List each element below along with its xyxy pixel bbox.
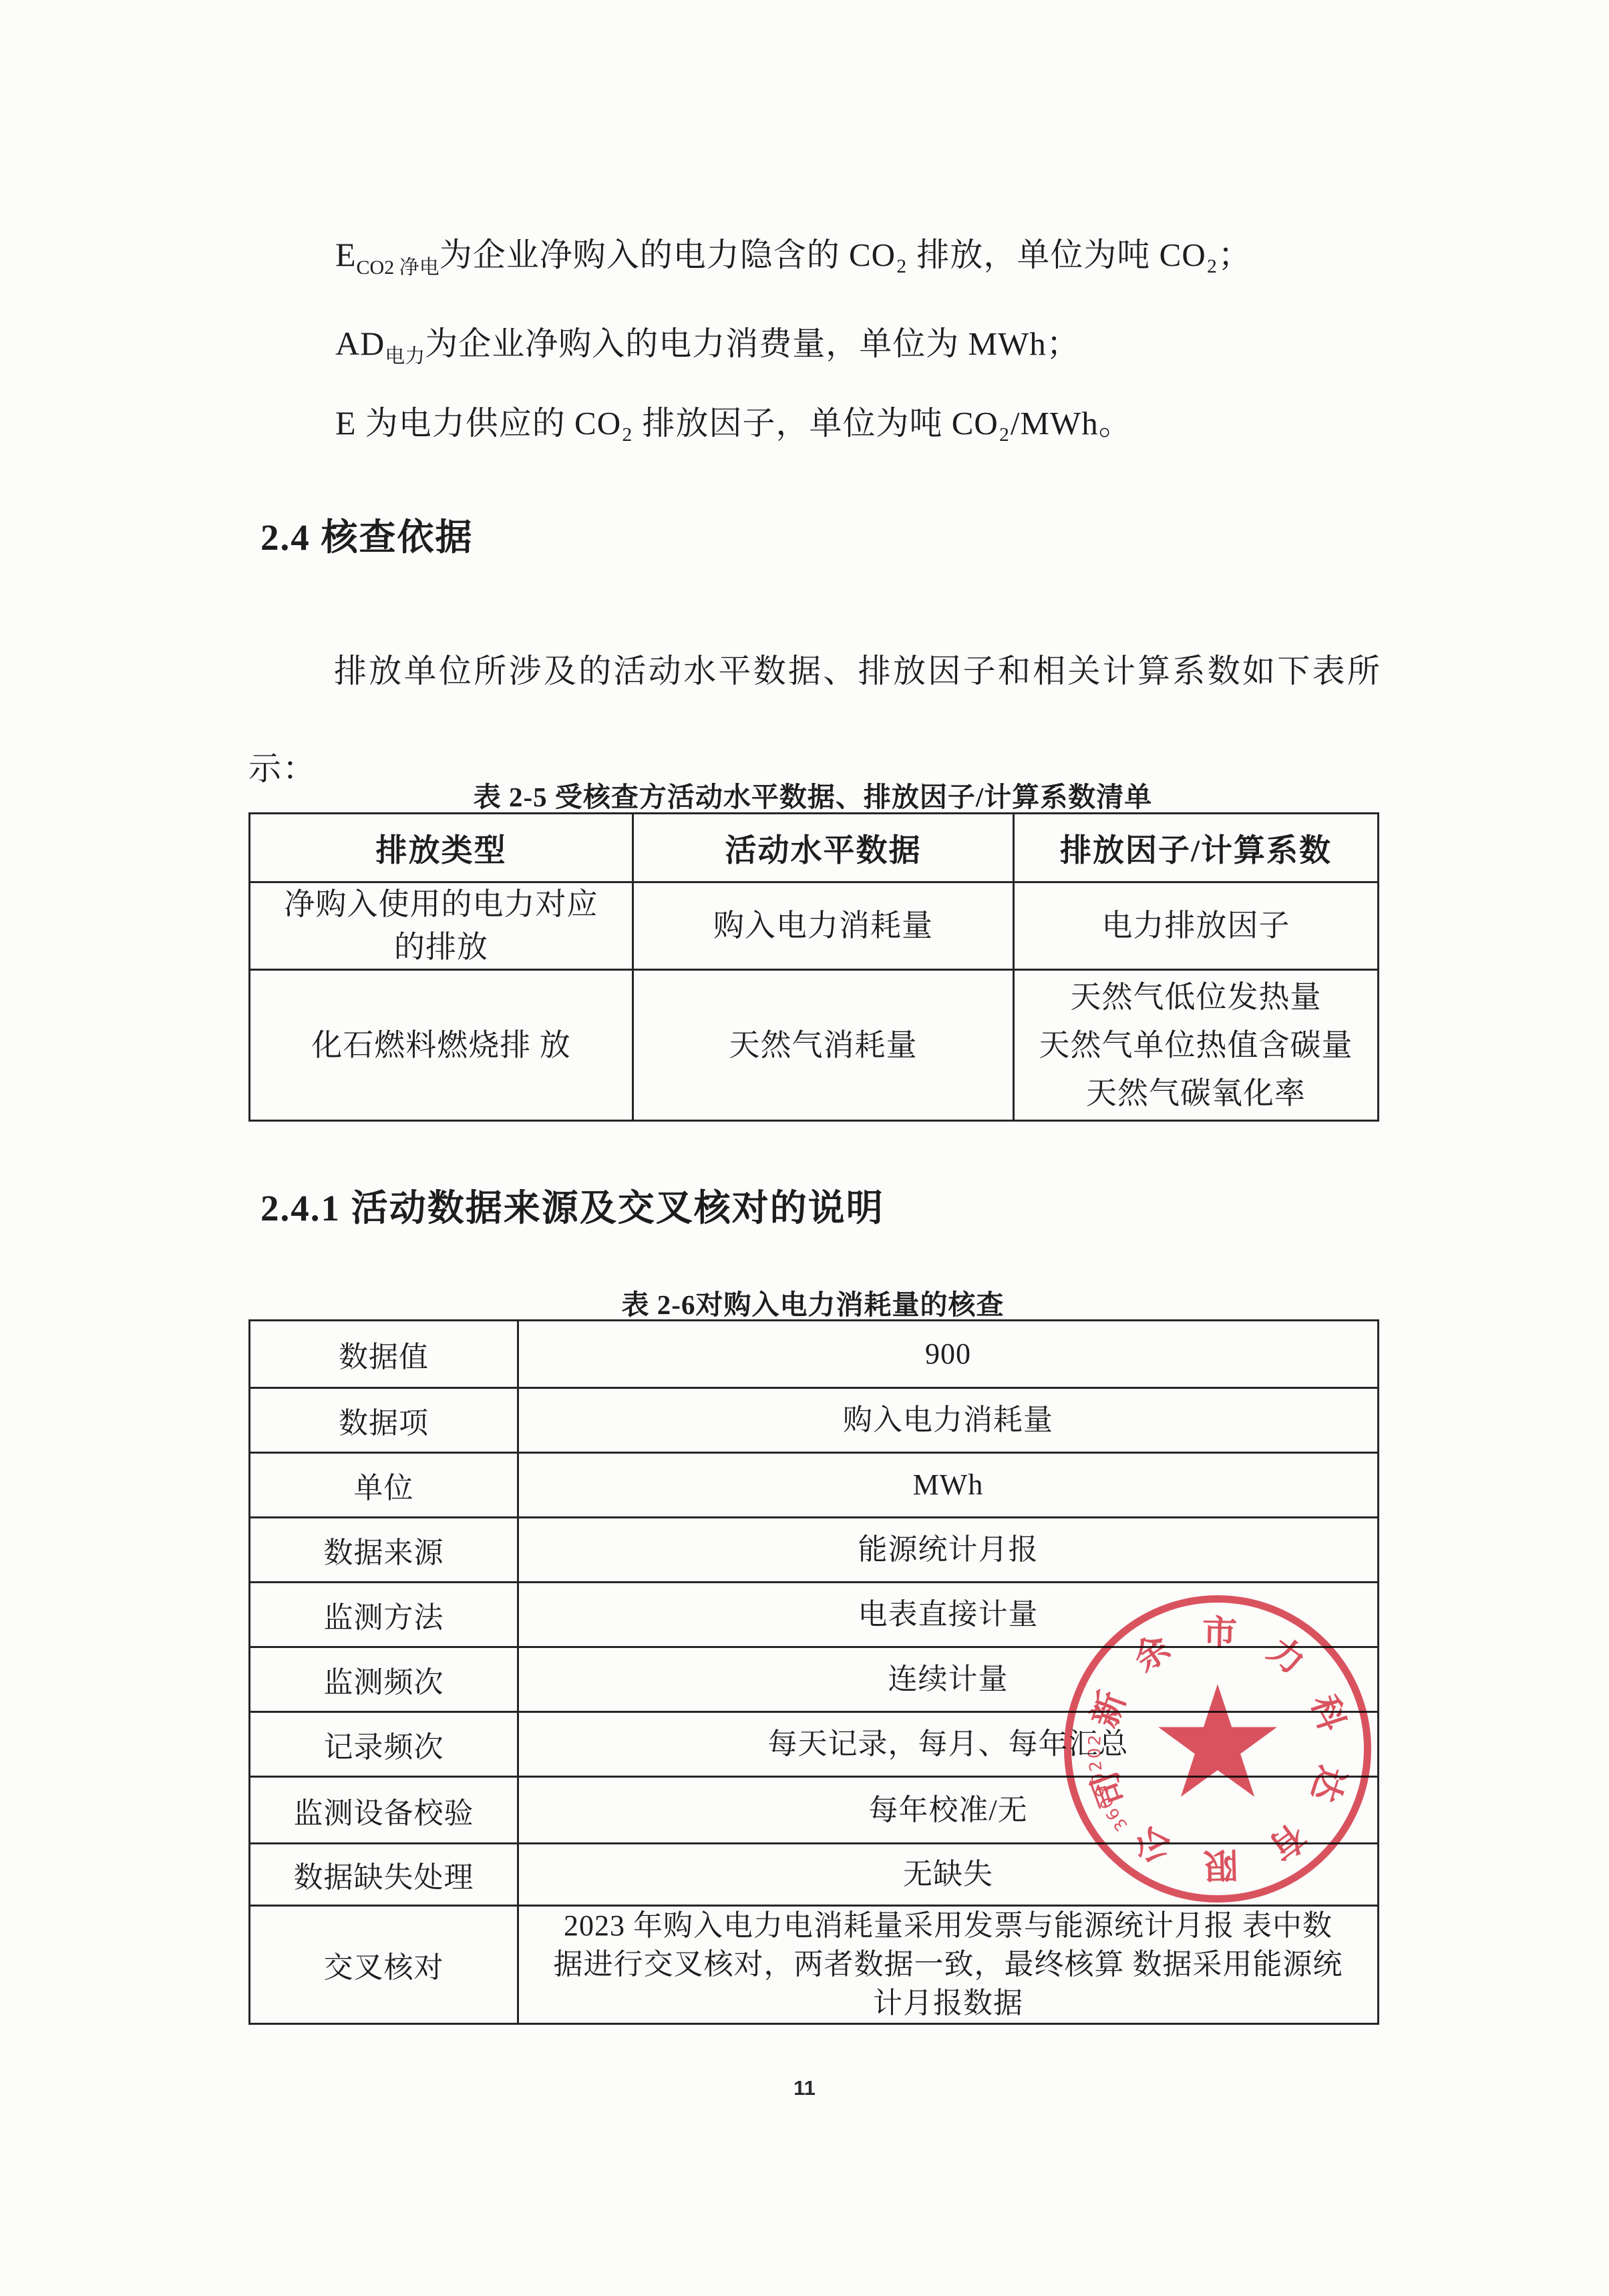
seal-ring-character: 市 [1199, 1614, 1240, 1655]
seal-ring-character: 达 [1302, 1758, 1352, 1808]
definition-term: E [335, 404, 357, 442]
table-2-5-header-cell: 排放类型 [250, 814, 633, 882]
definition-text: 为电力供应的 CO₂ 排放因子，单位为吨 CO₂/MWh。 [357, 405, 1132, 442]
table-2-5-header-cell: 排放因子/计算系数 [1014, 814, 1379, 882]
document-page: ECO2 净电为企业净购入的电力隐含的 CO₂ 排放，单位为吨 CO₂；AD电力… [0, 0, 1609, 2296]
seal-ring-character: 科 [1302, 1688, 1353, 1739]
table-row: 净购入使用的电力对应 的排放购入电力消耗量电力排放因子 [250, 882, 1379, 970]
table-2-6-label-cell: 记录频次 [250, 1712, 518, 1777]
table-2-6-label-cell: 监测频次 [250, 1647, 518, 1712]
table-2-6-value-cell: 购入电力消耗量 [518, 1388, 1379, 1453]
definition-term: AD [335, 325, 385, 362]
company-seal-stamp: ★ 新余市力科达有限公司36090202 [1064, 1595, 1371, 1903]
table-2-5-cell: 电力排放因子 [1014, 882, 1379, 970]
table-row: 化石燃料燃烧排 放天然气消耗量天然气低位发热量 天然气单位热值含碳量 天然气碳氧… [250, 970, 1379, 1121]
section-heading-2-4: 2.4 核查依据 [260, 508, 474, 560]
table-2-6-label-cell: 监测方法 [250, 1583, 518, 1647]
table-2-5-cell: 天然气消耗量 [633, 970, 1014, 1121]
definition-text: 为企业净购入的电力消费量，单位为 MWh； [425, 325, 1080, 362]
table-2-6-value-cell: 900 [518, 1321, 1379, 1388]
definition-line: AD电力为企业净购入的电力消费量，单位为 MWh； [335, 321, 1080, 366]
table-2-6-label-cell: 监测设备校验 [250, 1777, 518, 1844]
section-heading-2-4-1: 2.4.1 活动数据来源及交叉核对的说明 [260, 1178, 884, 1231]
table-2-5-header-cell: 活动水平数据 [633, 814, 1014, 882]
definition-term-subscript: 电力 [385, 345, 425, 367]
table-row: 数据项购入电力消耗量 [250, 1388, 1379, 1453]
table-2-5-cell: 化石燃料燃烧排 放 [250, 970, 633, 1121]
table-2-6-label-cell: 数据值 [250, 1321, 518, 1388]
table-2-5: 排放类型活动水平数据排放因子/计算系数净购入使用的电力对应 的排放购入电力消耗量… [248, 812, 1379, 1122]
table-2-5-cell: 购入电力消耗量 [633, 882, 1014, 970]
seal-ring-character: 新 [1084, 1684, 1135, 1736]
definition-text: 为企业净购入的电力隐含的 CO₂ 排放，单位为吨 CO₂； [439, 236, 1252, 273]
definition-line: E 为电力供应的 CO₂ 排放因子，单位为吨 CO₂/MWh。 [335, 401, 1132, 446]
seal-ring-character: 限 [1200, 1843, 1242, 1884]
table-row: 数据来源能源统计月报 [250, 1518, 1379, 1583]
table-2-5-body: 排放类型活动水平数据排放因子/计算系数净购入使用的电力对应 的排放购入电力消耗量… [250, 814, 1379, 1121]
table-2-5-caption: 表 2-5 受核查方活动水平数据、排放因子/计算系数清单 [248, 775, 1377, 814]
page-number: 11 [0, 2076, 1609, 2100]
table-2-5-cell: 净购入使用的电力对应 的排放 [250, 882, 633, 970]
table-2-6-value-cell: 能源统计月报 [518, 1518, 1379, 1583]
table-2-6-label-cell: 数据缺失处理 [250, 1844, 518, 1906]
table-2-5-cell: 天然气低位发热量 天然气单位热值含碳量 天然气碳氧化率 [1014, 970, 1379, 1121]
seal-star-icon: ★ [1148, 1665, 1287, 1820]
table-2-6-caption: 表 2-6对购入电力消耗量的核查 [248, 1283, 1377, 1322]
definition-term-subscript: CO2 净电 [357, 257, 439, 279]
table-2-6-value-cell: MWh [518, 1453, 1379, 1518]
table-row: 交叉核对2023 年购入电力电消耗量采用发票与能源统计月报 表中数 据进行交叉核… [250, 1906, 1379, 2024]
table-2-6-label-cell: 单位 [250, 1453, 518, 1518]
definition-term: E [335, 236, 357, 273]
table-2-6-label-cell: 交叉核对 [250, 1906, 518, 2024]
table-2-5-header-row: 排放类型活动水平数据排放因子/计算系数 [250, 814, 1379, 882]
table-row: 单位MWh [250, 1453, 1379, 1518]
table-row: 数据值900 [250, 1321, 1379, 1388]
definition-line: ECO2 净电为企业净购入的电力隐含的 CO₂ 排放，单位为吨 CO₂； [335, 232, 1252, 277]
table-2-6-value-cell: 2023 年购入电力电消耗量采用发票与能源统计月报 表中数 据进行交叉核对，两者… [518, 1906, 1379, 2024]
table-2-6-label-cell: 数据项 [250, 1388, 518, 1453]
seal-serial-digit: 2 [1086, 1732, 1104, 1748]
table-2-6-label-cell: 数据来源 [250, 1518, 518, 1583]
